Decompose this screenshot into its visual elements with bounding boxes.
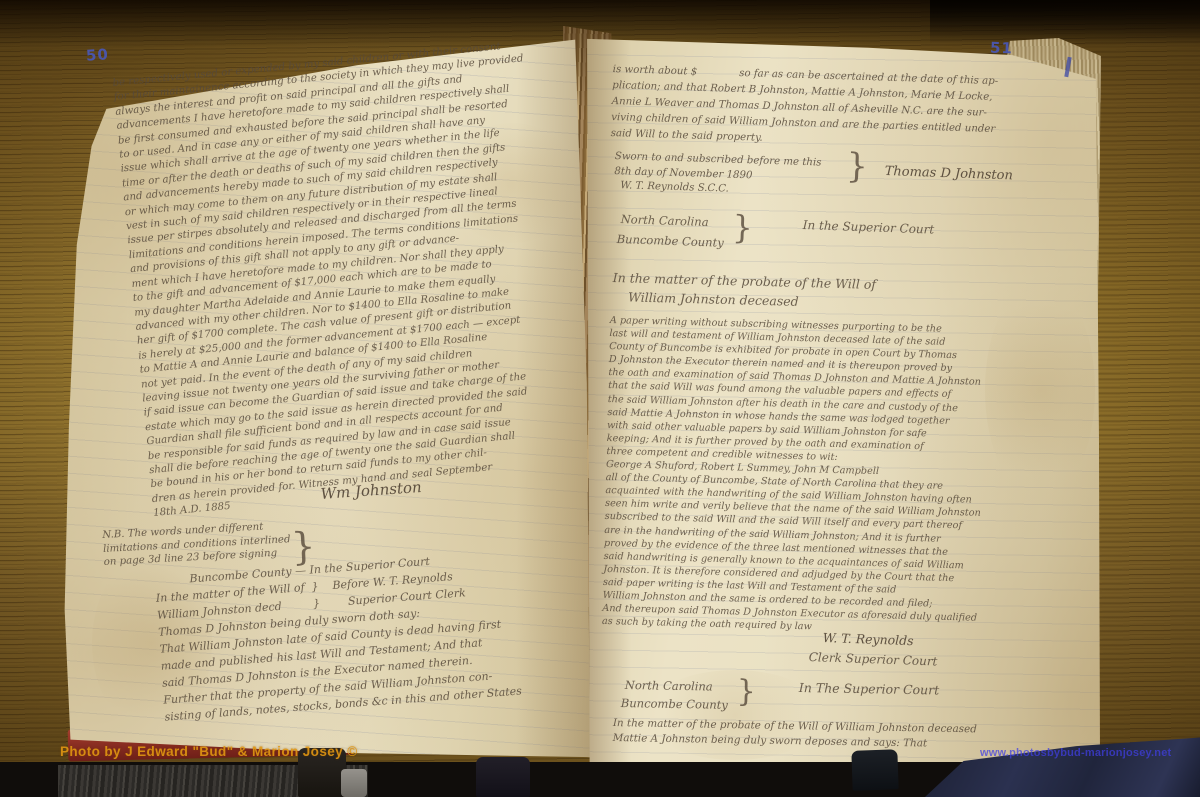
photo-open-record-book: be respectively used or expended by my s… <box>0 0 1200 797</box>
heirs-affidavit-block: is worth about $ so far as can be ascert… <box>610 62 998 154</box>
caption-brace: } <box>732 208 754 247</box>
small-gray-object <box>341 769 367 797</box>
caption2-county: Buncombe County <box>621 696 728 712</box>
executor-affidavit-block: Buncombe County — In the Superior CourtI… <box>154 547 522 726</box>
caption-state: North Carolina <box>621 212 709 229</box>
website-watermark: www.photosbybud-marionjosey.net <box>980 747 1171 759</box>
page-number-50: 50 <box>85 45 109 65</box>
caption2-court: In The Superior Court <box>799 680 940 697</box>
left-page: be respectively used or expended by my s… <box>62 33 590 763</box>
binder-clip <box>476 757 530 797</box>
jurat-block: Sworn to and subscribed before me this8t… <box>614 150 822 200</box>
page-number-51: 51 <box>990 39 1013 58</box>
jurat-brace: } <box>846 146 869 187</box>
caption2-state: North Carolina <box>625 678 713 694</box>
clerk-signature: W. T. Reynolds <box>822 630 913 648</box>
probate-heading: In the matter of the probate of the Will… <box>612 268 876 313</box>
binder-clip <box>851 749 898 791</box>
will-text-block: be respectively used or expended by my s… <box>112 38 563 521</box>
photo-credit-watermark: Photo by J Edward "Bud" & Marion Josey © <box>60 744 358 759</box>
probate-order-block: A paper writing without subscribing witn… <box>602 314 986 638</box>
caption2-brace: } <box>736 674 756 709</box>
right-page: is worth about $ so far as can be ascert… <box>585 30 1100 770</box>
deposition-block: In the matter of the probate of the Will… <box>612 716 976 752</box>
